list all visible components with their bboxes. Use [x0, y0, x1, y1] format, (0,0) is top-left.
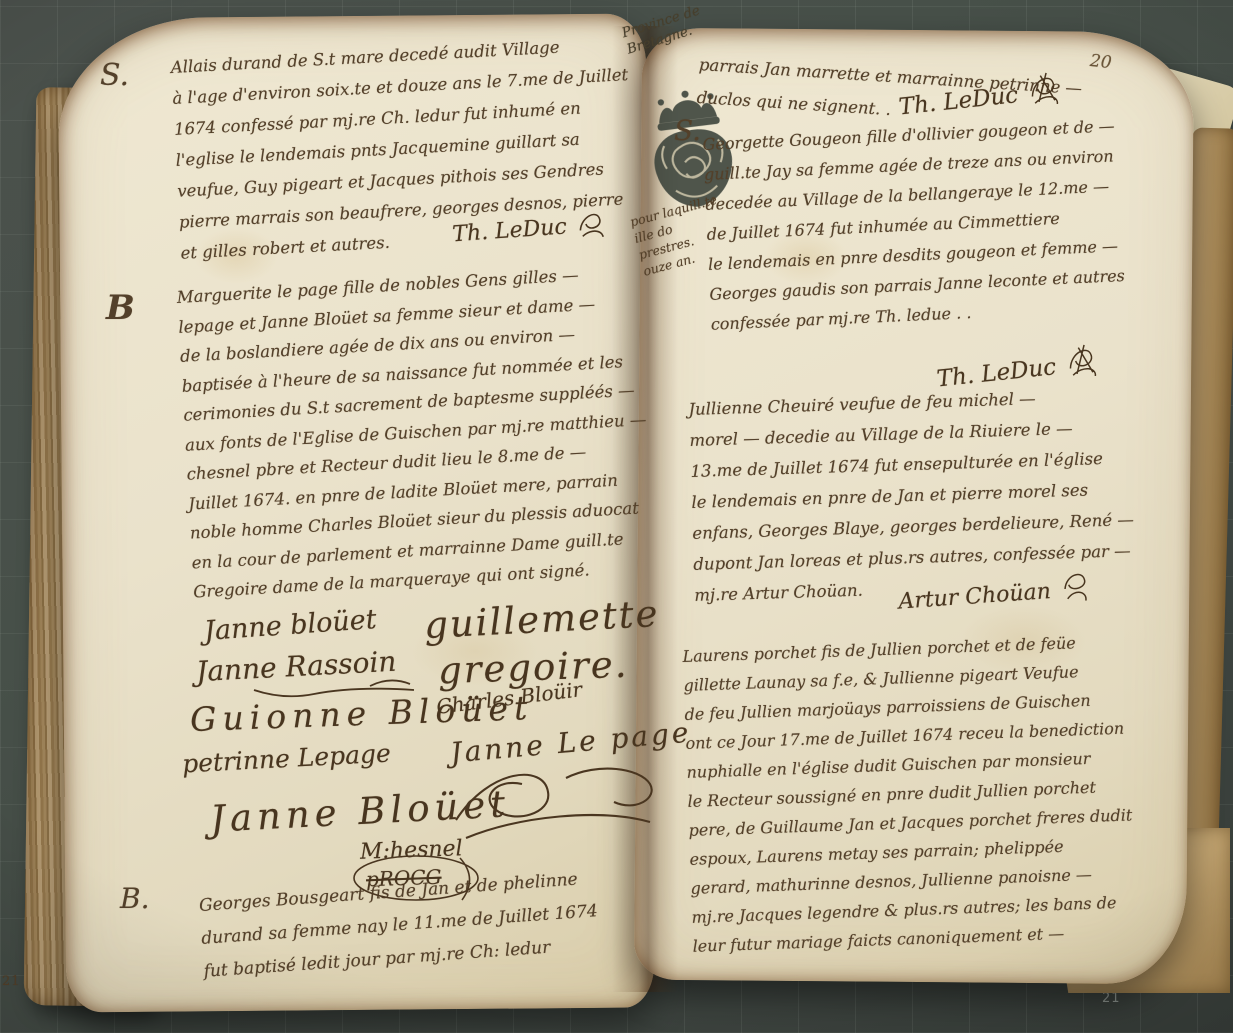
- marriage-entry-laurens-porchet: Laurens porchet fis de Jullien porchet e…: [682, 627, 1137, 961]
- flourish-paraphe-icon: [448, 758, 663, 853]
- margin-letter-b: B: [106, 288, 135, 328]
- paraphe-icon: [1026, 70, 1063, 107]
- margin-letter-s2: S.: [674, 114, 701, 147]
- paraphe-icon: [1059, 567, 1089, 603]
- baptism-entry-marguerite-lepage: Marguerite le page fille de nobles Gens …: [176, 257, 655, 607]
- burial-entry-georgette-gougeon: Georgette Gougeon fille d'ollivier gouge…: [702, 111, 1127, 340]
- paraphe-icon: [575, 207, 607, 239]
- flourish-underline-icon: [250, 676, 420, 700]
- flourish-circle-icon: [348, 852, 498, 904]
- margin-letter-b2: B.: [120, 882, 149, 915]
- page-number: 20: [1089, 51, 1113, 73]
- margin-letter-s: S.: [100, 58, 129, 93]
- photograph-of-open-register: 21 20 19 18 18 19 20 21 S. Allais durand…: [0, 0, 1233, 1033]
- paraphe-icon: [1064, 342, 1101, 379]
